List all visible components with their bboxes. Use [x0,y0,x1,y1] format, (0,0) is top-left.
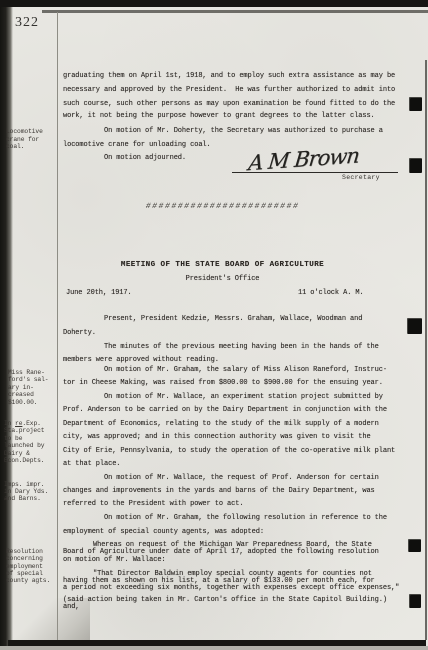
margin-note-resolution: concerning [6,555,43,562]
meeting-time: 11 o'clock A. M. [298,289,364,297]
scan-artifact-tab [407,318,422,334]
scan-artifact-tab [409,594,421,608]
margin-note-resolution: of special [6,570,43,577]
scanned-ledger-page: 322 graduating them on April 1st, 1918, … [0,0,428,650]
body-line: On motion of Mr. Wallace, an experiment … [104,393,383,401]
body-line: and, [63,603,79,611]
margin-note-salary: ary in- [8,384,34,391]
page-top-edge [0,0,428,7]
margin-note-crane: coal. [6,143,24,150]
body-line: tor in Cheese Making, was raised from $8… [63,379,383,387]
body-line: On motion of Mr. Graham, the following r… [104,514,387,522]
hash-separator: ######################## [39,202,406,211]
signature-rule [232,172,398,173]
body-line: such course, such other persons as may u… [63,100,395,108]
margin-note-exp-station: Sta.project [4,427,44,434]
body-line: The minutes of the previous meeting havi… [104,343,379,351]
scan-artifact-tab [409,97,422,111]
body-line: On motion of Mr. Doherty, the Secretary … [104,127,383,135]
body-line: Board of Agriculture under date of April… [63,548,379,556]
margin-note-barns: Imps. impr. [4,481,44,488]
body-line: Present, President Kedzie, Messrs. Graha… [104,315,362,323]
body-line: graduating them on April 1st, 1918, and … [63,72,395,80]
margin-note-exp-station: to be [4,435,22,442]
body-line: (said action being taken in Mr. Carton's… [63,596,387,604]
body-line: referred to the President with power to … [63,500,243,508]
body-line: members were approved without reading. [63,356,219,364]
margin-note-crane: crane for [6,136,39,143]
page-number: 322 [15,15,39,31]
margin-note-crane: Locomotive [6,128,43,135]
body-line: changes and improvements in the yards an… [63,487,375,495]
margin-note-exp-station: Econ.Depts. [4,457,44,464]
body-line: On motion of Mr. Graham, the salary of M… [104,366,387,374]
margin-note-salary: Miss Rane- [8,369,45,376]
margin-note-salary: $100.00. [8,399,37,406]
body-line: City of Erie, Pennsylvania, to study the… [63,447,395,455]
margin-note-exp-station: launched by [4,442,44,449]
body-line: city, was approved; and in this connecti… [63,433,371,441]
page-top-edge-line [42,10,428,13]
body-line: work, it not being the purpose however t… [63,112,375,120]
body-line: employment of special county agents, was… [63,528,264,536]
body-line: On motion of Mr. Wallace, the request of… [104,474,379,482]
scan-artifact-tab [409,158,422,173]
scan-artifact-tab [408,539,421,552]
margin-note-exp-station: In re.Exp. [4,420,41,427]
body-line: necessary and approved by the President.… [63,86,395,94]
body-line: on motion of Mr. Wallace: [63,556,166,564]
margin-note-resolution: county agts. [6,577,50,584]
meeting-date: June 20th, 1917. [66,289,132,297]
body-line: at that place. [63,460,120,468]
body-line: Department of Economics, relating to the… [63,420,379,428]
margin-rule [57,12,58,640]
meeting-subtitle: President's Office [40,275,405,283]
margin-note-salary: creased [8,391,34,398]
margin-note-salary: ford's sal- [8,376,48,383]
margin-note-exp-station: Dairy & [4,450,30,457]
margin-note-resolution: employment [6,563,43,570]
margin-note-resolution: Resolution [6,548,43,555]
signature-title: Secretary [342,174,380,181]
body-line: locomotive crane for unloading coal. [63,141,211,149]
body-line: Prof. Anderson to be carried on by the D… [63,406,387,414]
meeting-title: MEETING OF THE STATE BOARD OF AGRICULTUR… [40,261,405,269]
body-line: a period not exceeding six months, toget… [63,584,399,592]
body-line: On motion adjourned. [104,154,186,162]
page-stack-edge [0,646,428,650]
margin-note-barns: and Barns. [4,495,41,502]
page-right-edge [425,60,427,640]
body-line: Doherty. [63,329,96,337]
margin-note-barns: in Dary Yds. [4,488,48,495]
